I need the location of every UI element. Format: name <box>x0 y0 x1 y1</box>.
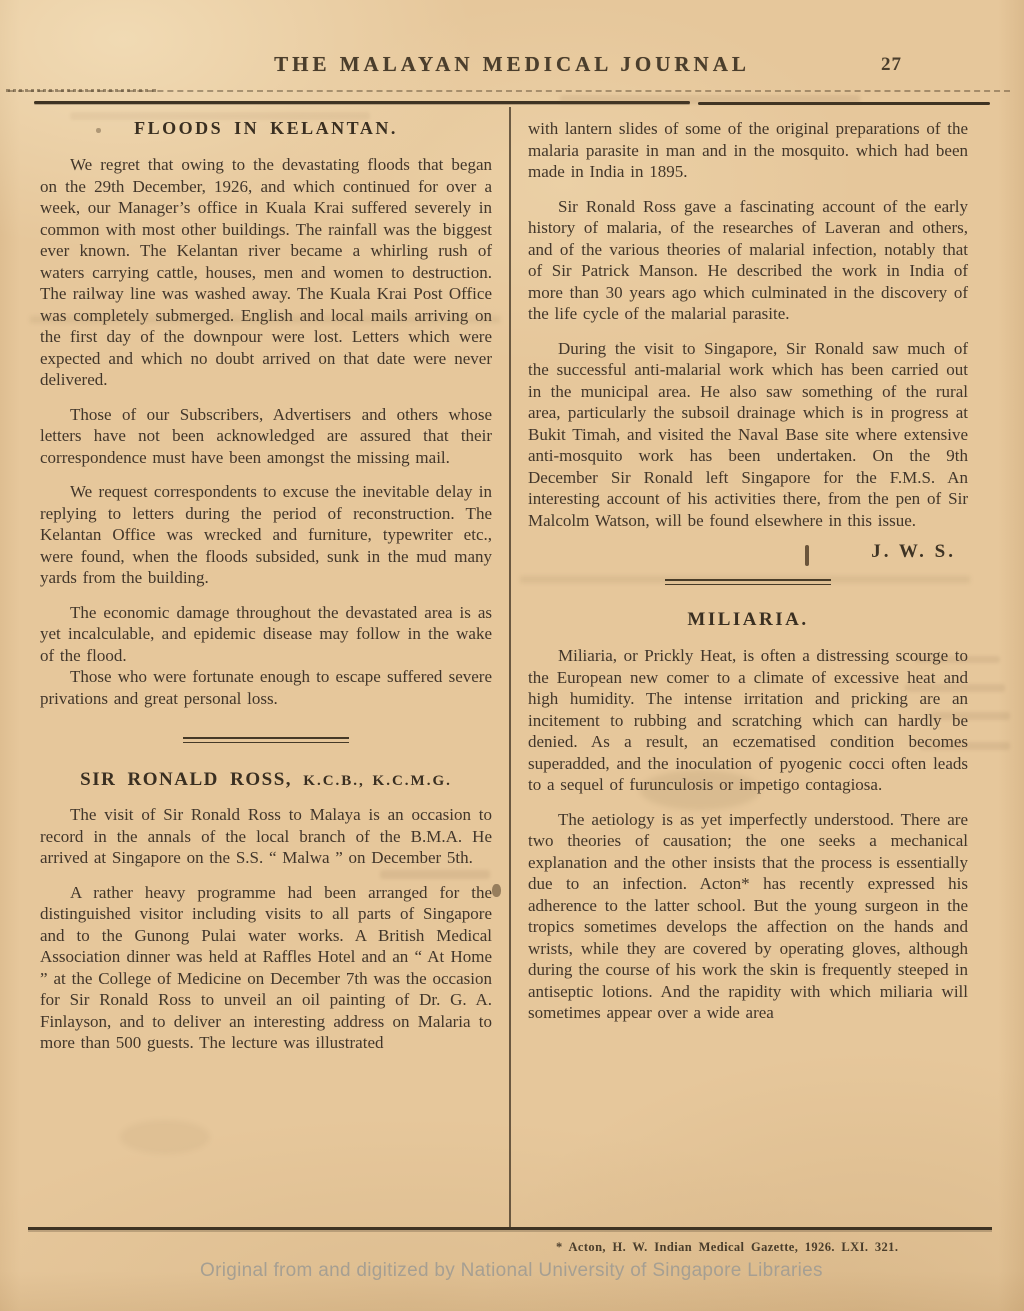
ghost-text-streak <box>915 656 1000 663</box>
ink-blot <box>805 545 809 566</box>
paragraph: A rather heavy programme had been arrang… <box>40 882 492 1054</box>
ghost-text-streak <box>560 95 860 104</box>
paragraph: We regret that owing to the devastating … <box>40 154 492 391</box>
left-column: FLOODS IN KELANTAN. We regret that owing… <box>40 118 492 1054</box>
article-heading-ross: SIR RONALD ROSS, K.C.B., K.C.M.G. <box>40 769 492 791</box>
paragraph: The visit of Sir Ronald Ross to Malaya i… <box>40 804 492 869</box>
paper-crease <box>30 316 500 323</box>
ghost-text-streak <box>380 870 490 879</box>
ghost-text-streak <box>920 742 1010 750</box>
ink-blot <box>492 884 501 897</box>
ghost-text-streak <box>70 112 370 120</box>
ink-blot <box>96 128 101 133</box>
article-heading-floods: FLOODS IN KELANTAN. <box>40 118 492 139</box>
ross-heading-name: SIR RONALD ROSS, <box>80 769 292 790</box>
footer-rule <box>28 1227 992 1230</box>
journal-title: THE MALAYAN MEDICAL JOURNAL <box>0 52 1024 77</box>
paragraph: During the visit to Singapore, Sir Ronal… <box>528 338 968 532</box>
stain <box>640 770 760 810</box>
paragraph: The aetiology is as yet imperfectly unde… <box>528 809 968 1024</box>
paragraph: Those who were fortunate enough to escap… <box>40 666 492 709</box>
editor-initials: J. W. S. <box>528 541 968 563</box>
scanned-journal-page: THE MALAYAN MEDICAL JOURNAL 27 FLOODS IN… <box>0 0 1024 1311</box>
paragraph: Those of our Subscribers, Advertisers an… <box>40 404 492 469</box>
ghost-text-streak <box>905 684 1005 692</box>
ghost-text-streak <box>930 712 1010 720</box>
header-scratch-rule <box>8 90 1010 92</box>
right-column: with lantern slides of some of the origi… <box>528 118 968 1024</box>
ross-heading-honours: K.C.B., K.C.M.G. <box>303 773 452 789</box>
paragraph: The economic damage throughout the devas… <box>40 602 492 667</box>
page-number: 27 <box>881 54 902 76</box>
article-heading-miliaria: MILIARIA. <box>528 609 968 631</box>
paragraph: We request correspondents to excuse the … <box>40 481 492 589</box>
stain <box>120 1120 210 1154</box>
paragraph: Miliaria, or Prickly Heat, is often a di… <box>528 645 968 796</box>
library-watermark: Original from and digitized by National … <box>200 1260 823 1282</box>
paper-crease <box>520 576 970 583</box>
column-divider-rule <box>509 107 511 1229</box>
paragraph: with lantern slides of some of the origi… <box>528 118 968 183</box>
header-scratch-rule-left <box>6 89 156 92</box>
footnote-citation: * Acton, H. W. Indian Medical Gazette, 1… <box>556 1240 898 1255</box>
section-separator <box>183 737 349 743</box>
paragraph: Sir Ronald Ross gave a fascinating accou… <box>528 196 968 325</box>
